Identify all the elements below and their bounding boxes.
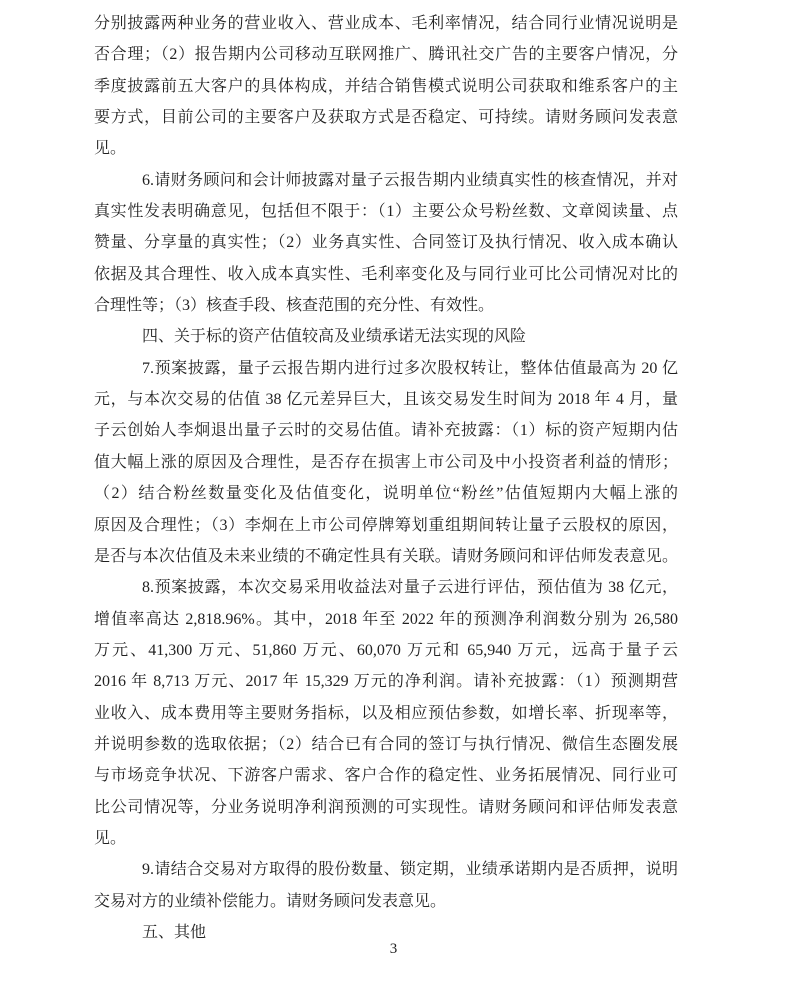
document-page: 分别披露两种业务的营业收入、营业成本、毛利率情况，结合同行业情况说明是否合理；（… — [0, 0, 787, 1003]
text-line: 业收入、成本费用等主要财务指标，以及相应预估参数，如增长率、折现率等， — [94, 698, 678, 729]
text-line: 见。 — [94, 823, 678, 854]
page-number: 3 — [0, 934, 787, 965]
text-line: 原因及合理性；（3）李炯在上市公司停牌筹划重组期间转让量子云股权的原因， — [94, 510, 678, 541]
text-line: 要方式，目前公司的主要客户及获取方式是否稳定、可持续。请财务顾问发表意 — [94, 102, 678, 133]
text-line: （2）结合粉丝数量变化及估值变化，说明单位“粉丝”估值短期内大幅上涨的 — [94, 478, 678, 509]
text-line: 7.预案披露，量子云报告期内进行过多次股权转让，整体估值最高为 20 亿 — [94, 353, 678, 384]
text-line: 分别披露两种业务的营业收入、营业成本、毛利率情况，结合同行业情况说明是 — [94, 8, 678, 39]
text-line: 比公司情况等，分业务说明净利润预测的可实现性。请财务顾问和评估师发表意 — [94, 792, 678, 823]
text-line: 季度披露前五大客户的具体构成，并结合销售模式说明公司获取和维系客户的主 — [94, 71, 678, 102]
text-line: 见。 — [94, 133, 678, 164]
text-line: 6.请财务顾问和会计师披露对量子云报告期内业绩真实性的核查情况，并对 — [94, 165, 678, 196]
text-line: 并说明参数的选取依据；（2）结合已有合同的签订与执行情况、微信生态圈发展 — [94, 729, 678, 760]
text-line: 2016 年 8,713 万元、2017 年 15,329 万元的净利润。请补充… — [94, 666, 678, 697]
text-line: 合理性等；（3）核查手段、核查范围的充分性、有效性。 — [94, 290, 678, 321]
text-line: 万元、41,300 万元、51,860 万元、60,070 万元和 65,940… — [94, 635, 678, 666]
text-line: 否合理；（2）报告期内公司移动互联网推广、腾讯社交广告的主要客户情况，分 — [94, 39, 678, 70]
text-line: 值大幅上涨的原因及合理性，是否存在损害上市公司及中小投资者利益的情形； — [94, 447, 678, 478]
text-line: 依据及其合理性、收入成本真实性、毛利率变化及与同行业可比公司情况对比的 — [94, 259, 678, 290]
text-line: 四、关于标的资产估值较高及业绩承诺无法实现的风险 — [94, 321, 678, 352]
text-line: 元，与本次交易的估值 38 亿元差异巨大，且该交易发生时间为 2018 年 4 … — [94, 384, 678, 415]
text-line: 8.预案披露，本次交易采用收益法对量子云进行评估，预估值为 38 亿元， — [94, 572, 678, 603]
document-body: 分别披露两种业务的营业收入、营业成本、毛利率情况，结合同行业情况说明是否合理；（… — [94, 8, 678, 948]
text-line: 子云创始人李炯退出量子云时的交易估值。请补充披露：（1）标的资产短期内估 — [94, 415, 678, 446]
text-line: 赞量、分享量的真实性；（2）业务真实性、合同签订及执行情况、收入成本确认 — [94, 227, 678, 258]
text-line: 增值率高达 2,818.96%。其中，2018 年至 2022 年的预测净利润数… — [94, 604, 678, 635]
text-line: 是否与本次估值及未来业绩的不确定性具有关联。请财务顾问和评估师发表意见。 — [94, 541, 678, 572]
text-line: 与市场竞争状况、下游客户需求、客户合作的稳定性、业务拓展情况、同行业可 — [94, 760, 678, 791]
text-line: 9.请结合交易对方取得的股份数量、锁定期，业绩承诺期内是否质押，说明 — [94, 854, 678, 885]
text-line: 交易对方的业绩补偿能力。请财务顾问发表意见。 — [94, 886, 678, 917]
text-line: 真实性发表明确意见，包括但不限于：（1）主要公众号粉丝数、文章阅读量、点 — [94, 196, 678, 227]
